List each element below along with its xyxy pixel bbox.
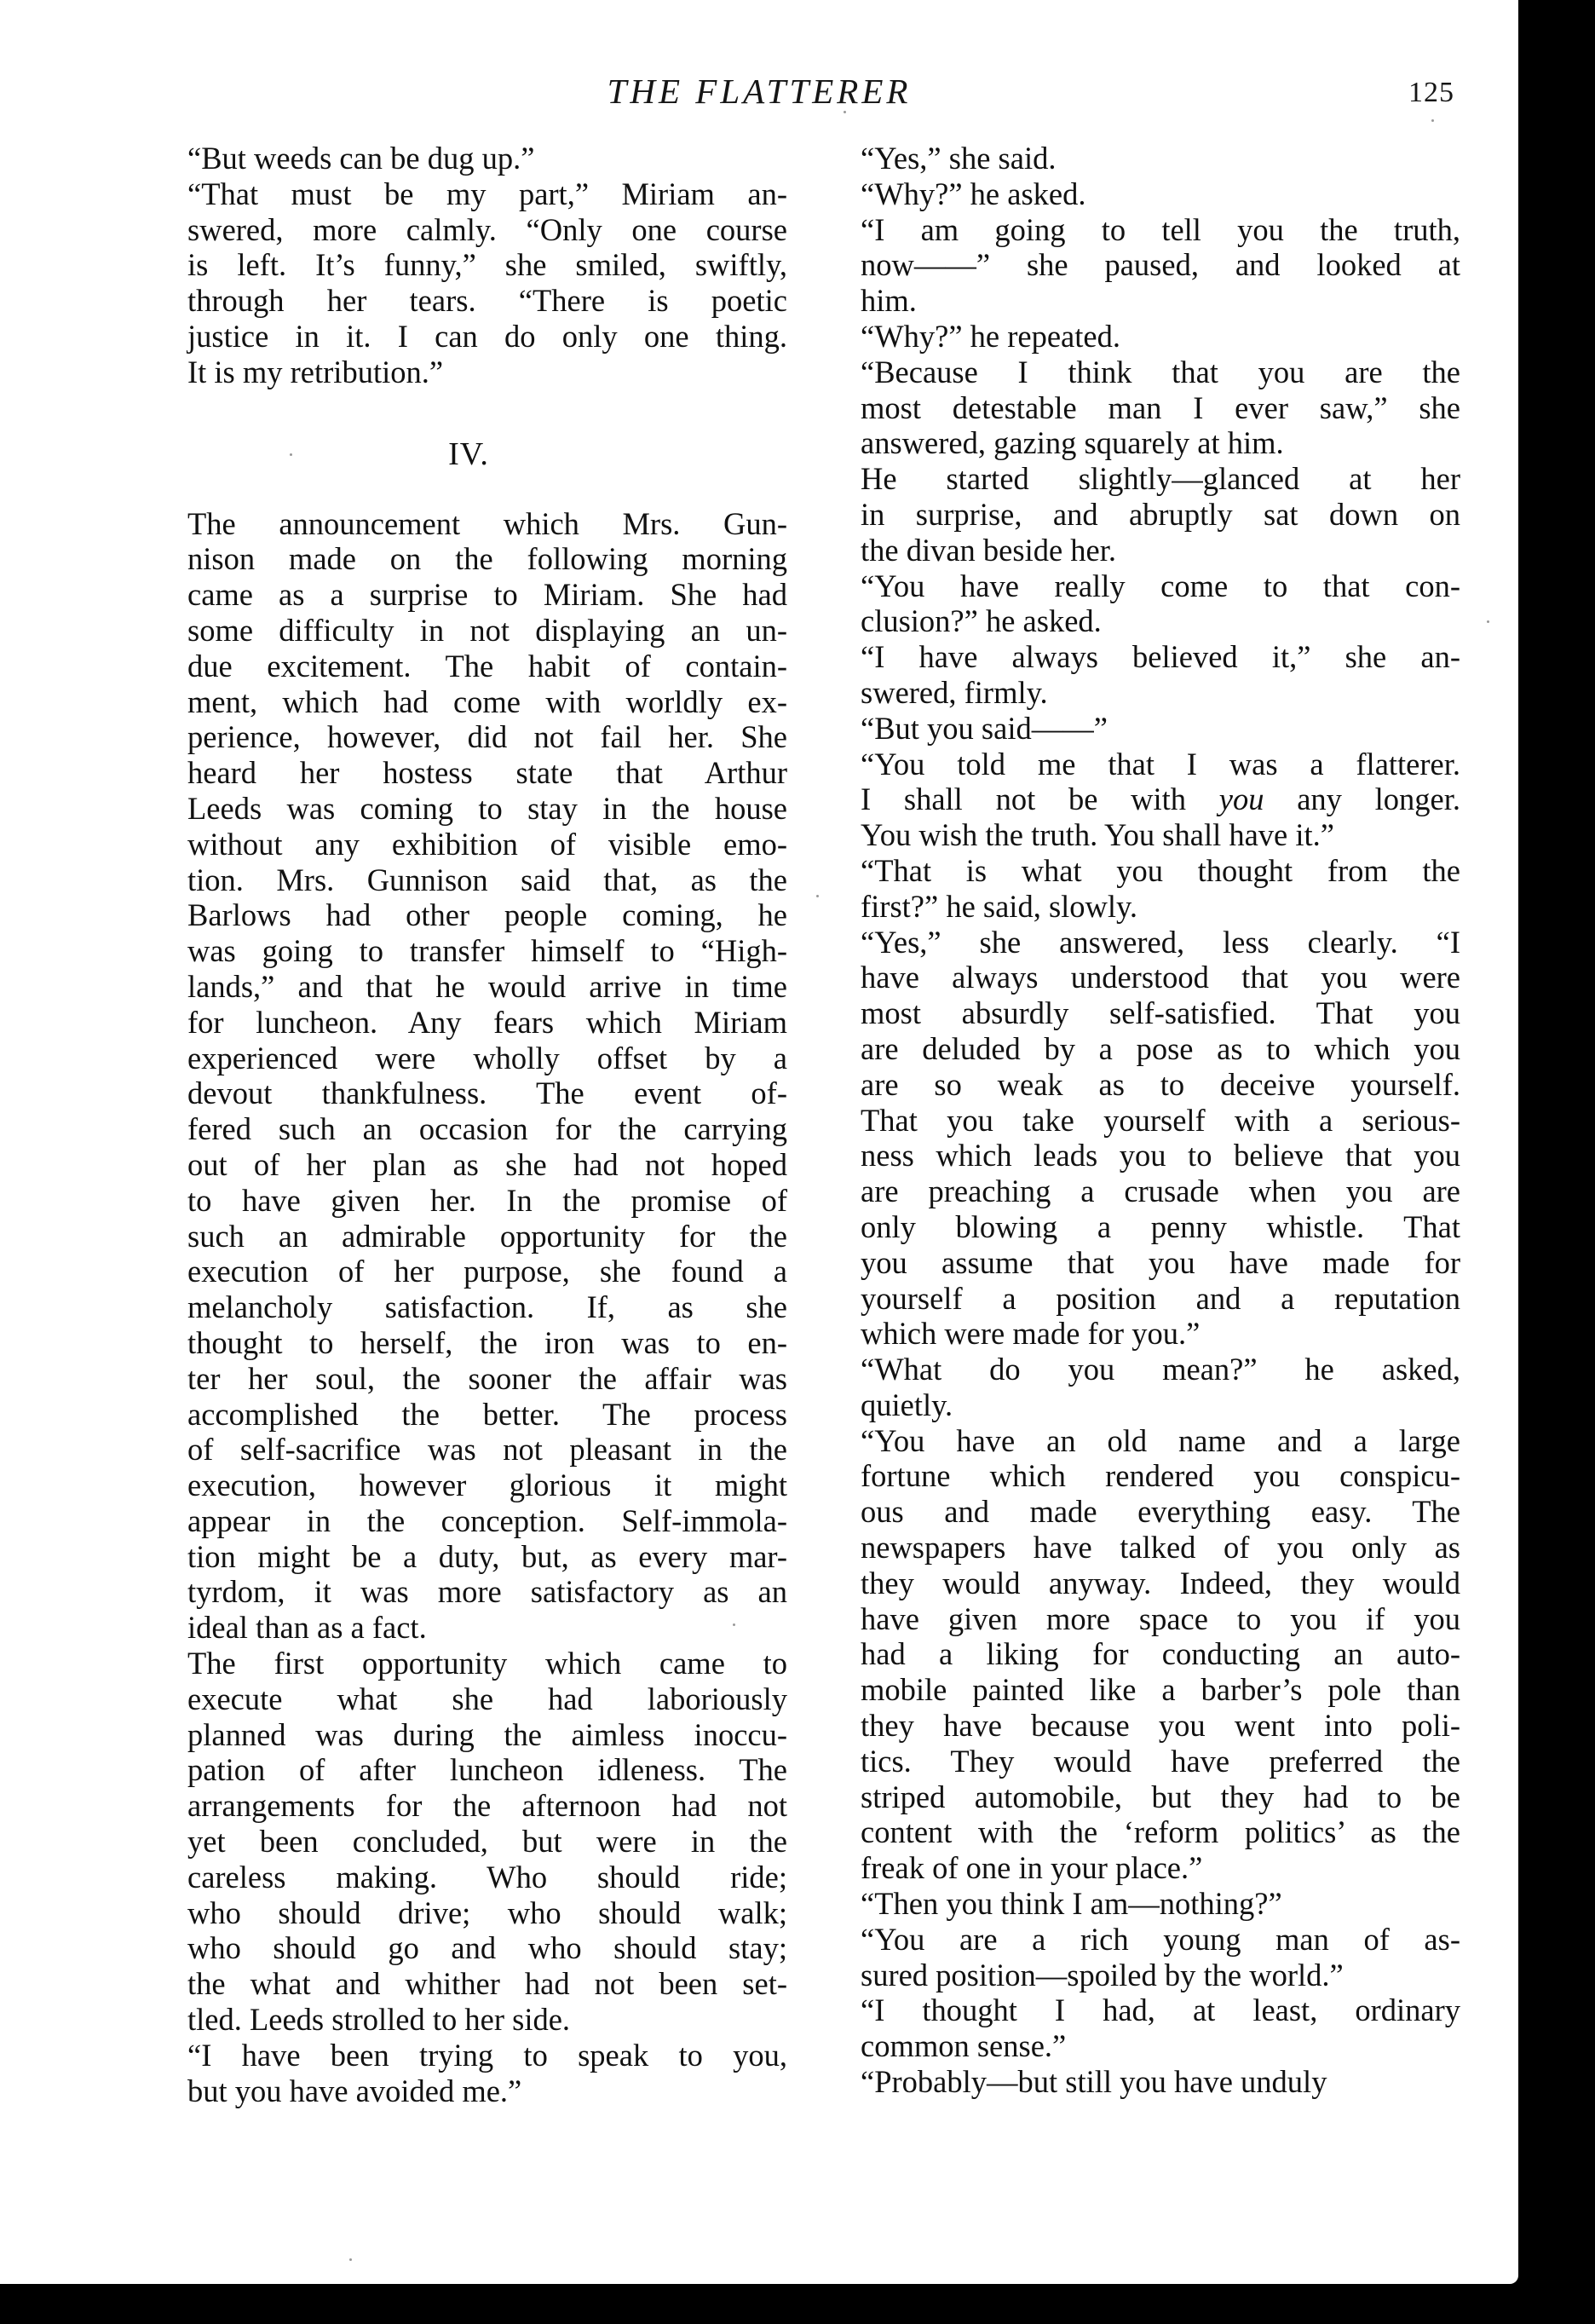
text-line: freak of one in your place.” bbox=[823, 1850, 1460, 1886]
text-line: answered, gazing squarely at him. bbox=[823, 425, 1460, 461]
text-line: was going to transfer himself to “High- bbox=[150, 933, 787, 969]
paragraph: “What do you mean?” he asked,quietly. bbox=[823, 1352, 1460, 1423]
text-line: swered, more calmly. “Only one course bbox=[150, 212, 787, 248]
scan-speck bbox=[1487, 620, 1489, 623]
text-line: most absurdly self-satisfied. That you bbox=[823, 995, 1460, 1031]
text-line: “Probably—but still you have unduly bbox=[823, 2064, 1460, 2100]
text-line: He started slightly—glanced at her bbox=[823, 461, 1460, 497]
text-line: ter her soul, the sooner the affair was bbox=[150, 1361, 787, 1397]
text-line: swered, firmly. bbox=[823, 675, 1460, 711]
text-line: ous and made everything easy. The bbox=[823, 1494, 1460, 1530]
paragraph: “Yes,” she answered, less clearly. “Ihav… bbox=[823, 925, 1460, 1352]
text-line: only blowing a penny whistle. That bbox=[823, 1209, 1460, 1245]
text-line: accomplished the better. The process bbox=[150, 1397, 787, 1433]
text-line: heard her hostess state that Arthur bbox=[150, 755, 787, 791]
text-line: are so weak as to deceive yourself. bbox=[823, 1067, 1460, 1103]
scan-speck bbox=[733, 1623, 735, 1626]
paragraph: “Yes,” she said. bbox=[823, 141, 1460, 176]
text-line: fered such an occasion for the carrying bbox=[150, 1111, 787, 1147]
text-line: “I thought I had, at least, ordinary bbox=[823, 1992, 1460, 2028]
text-line: have given more space to you if you bbox=[823, 1601, 1460, 1637]
section-heading: IV. bbox=[150, 436, 787, 472]
text-line: but you have avoided me.” bbox=[150, 2073, 787, 2109]
text-line: tyrdom, it was more satisfactory as an bbox=[150, 1574, 787, 1610]
text-line: “I have always believed it,” she an- bbox=[823, 639, 1460, 675]
text-line: tics. They would have preferred the bbox=[823, 1744, 1460, 1779]
text-line: It is my retribution.” bbox=[150, 355, 787, 390]
scan-speck bbox=[816, 895, 819, 897]
paragraph: The announcement which Mrs. Gun-nison ma… bbox=[150, 506, 787, 1646]
text-line: the divan beside her. bbox=[823, 533, 1460, 568]
text-line: of self-sacrifice was not pleasant in th… bbox=[150, 1432, 787, 1468]
text-line: “You have really come to that con- bbox=[823, 568, 1460, 604]
text-line: experienced were wholly offset by a bbox=[150, 1041, 787, 1076]
text-line: ness which leads you to believe that you bbox=[823, 1138, 1460, 1174]
text-line: tion might be a duty, but, as every mar- bbox=[150, 1539, 787, 1575]
text-line: content with the ‘reform politics’ as th… bbox=[823, 1814, 1460, 1850]
text-line: appear in the conception. Self-immola- bbox=[150, 1503, 787, 1539]
paragraph: The first opportunity which came toexecu… bbox=[150, 1646, 787, 2038]
text-line: execution, however glorious it might bbox=[150, 1468, 787, 1503]
text-line: most detestable man I ever saw,” she bbox=[823, 390, 1460, 426]
paragraph: “That must be my part,” Miriam an-swered… bbox=[150, 176, 787, 390]
paragraph: “You have really come to that con-clusio… bbox=[823, 568, 1460, 640]
text-line: execute what she had laboriously bbox=[150, 1681, 787, 1717]
emphasis: you bbox=[1219, 781, 1264, 816]
paragraph: “I have always believed it,” she an-swer… bbox=[823, 639, 1460, 711]
text-line: execution of her purpose, she found a bbox=[150, 1254, 787, 1289]
text-line: “You told me that I was a flatterer. bbox=[823, 747, 1460, 782]
paragraph: “I thought I had, at least, ordinarycomm… bbox=[823, 1992, 1460, 2064]
scan-speck bbox=[844, 111, 846, 113]
left-paragraphs-before-heading: “But weeds can be dug up.”“That must be … bbox=[150, 141, 787, 390]
text-line: “Because I think that you are the bbox=[823, 355, 1460, 390]
text-line: justice in it. I can do only one thing. bbox=[150, 319, 787, 355]
text-line: they have because you went into poli- bbox=[823, 1708, 1460, 1744]
paragraph: “But weeds can be dug up.” bbox=[150, 141, 787, 176]
paragraph: “But you said——” bbox=[823, 711, 1460, 747]
text-line: The announcement which Mrs. Gun- bbox=[150, 506, 787, 542]
text-line: Barlows had other people coming, he bbox=[150, 897, 787, 933]
text-line: mobile painted like a barber’s pole than bbox=[823, 1672, 1460, 1708]
text-line: to have given her. In the promise of bbox=[150, 1183, 787, 1219]
text-line: for luncheon. Any fears which Miriam bbox=[150, 1005, 787, 1041]
text-line: ment, which had come with worldly ex- bbox=[150, 684, 787, 720]
text-line: “I am going to tell you the truth, bbox=[823, 212, 1460, 248]
text-line: “Then you think I am—nothing?” bbox=[823, 1886, 1460, 1922]
running-head: THE FLATTERER 125 bbox=[0, 70, 1518, 121]
text-line: yet been concluded, but were in the bbox=[150, 1824, 787, 1860]
text-line: You wish the truth. You shall have it.” bbox=[823, 817, 1460, 853]
text-line: are deluded by a pose as to which you bbox=[823, 1031, 1460, 1067]
paragraph: “That is what you thought from thefirst?… bbox=[823, 853, 1460, 925]
text-line: you assume that you have made for bbox=[823, 1245, 1460, 1281]
text-line: quietly. bbox=[823, 1387, 1460, 1423]
right-column: “Yes,” she said.“Why?” he asked.“I am go… bbox=[823, 141, 1460, 2100]
text-line: who should drive; who should walk; bbox=[150, 1895, 787, 1931]
running-title: THE FLATTERER bbox=[0, 70, 1518, 112]
text-line: due excitement. The habit of contain- bbox=[150, 649, 787, 684]
text-line: have always understood that you were bbox=[823, 960, 1460, 995]
text-line: Leeds was coming to stay in the house bbox=[150, 791, 787, 827]
paragraph: “You told me that I was a flatterer.I sh… bbox=[823, 747, 1460, 853]
text-line: thought to herself, the iron was to en- bbox=[150, 1325, 787, 1361]
text-line: newspapers have talked of you only as bbox=[823, 1530, 1460, 1566]
text-line: “Yes,” she answered, less clearly. “I bbox=[823, 925, 1460, 960]
left-column: “But weeds can be dug up.”“That must be … bbox=[150, 141, 787, 2108]
left-paragraphs-after-heading: The announcement which Mrs. Gun-nison ma… bbox=[150, 506, 787, 2109]
paragraph: “You have an old name and a largefortune… bbox=[823, 1423, 1460, 1886]
text-line: careless making. Who should ride; bbox=[150, 1860, 787, 1895]
text-line: pation of after luncheon idleness. The bbox=[150, 1752, 787, 1788]
text-line: “Why?” he asked. bbox=[823, 176, 1460, 212]
text-line: without any exhibition of visible emo- bbox=[150, 827, 787, 862]
text-line: “Yes,” she said. bbox=[823, 141, 1460, 176]
right-paragraphs: “Yes,” she said.“Why?” he asked.“I am go… bbox=[823, 141, 1460, 2100]
text-line: came as a surprise to Miriam. She had bbox=[150, 577, 787, 613]
text-line: out of her plan as she had not hoped bbox=[150, 1147, 787, 1183]
text-line: “You are a rich young man of as- bbox=[823, 1922, 1460, 1958]
paragraph: “You are a rich young man of as-sured po… bbox=[823, 1922, 1460, 1993]
paragraph: “I am going to tell you the truth,now——”… bbox=[823, 212, 1460, 319]
text-line: they would anyway. Indeed, they would bbox=[823, 1566, 1460, 1601]
text-line: The first opportunity which came to bbox=[150, 1646, 787, 1681]
text-line: some difficulty in not displaying an un- bbox=[150, 613, 787, 649]
text-line: in surprise, and abruptly sat down on bbox=[823, 497, 1460, 533]
text-line: tled. Leeds strolled to her side. bbox=[150, 2002, 787, 2038]
text-line: “That is what you thought from the bbox=[823, 853, 1460, 889]
text-line: arrangements for the afternoon had not bbox=[150, 1788, 787, 1824]
text-line: the what and whither had not been set- bbox=[150, 1966, 787, 2002]
paragraph: “Then you think I am—nothing?” bbox=[823, 1886, 1460, 1922]
text-line: first?” he said, slowly. bbox=[823, 889, 1460, 925]
text-line: “I have been trying to speak to you, bbox=[150, 2038, 787, 2073]
text-line: “What do you mean?” he asked, bbox=[823, 1352, 1460, 1387]
text-line: yourself a position and a reputation bbox=[823, 1281, 1460, 1317]
book-page: THE FLATTERER 125 “But weeds can be dug … bbox=[0, 0, 1518, 2284]
text-line: “But weeds can be dug up.” bbox=[150, 141, 787, 176]
text-line: “But you said——” bbox=[823, 711, 1460, 747]
text-line: had a liking for conducting an auto- bbox=[823, 1636, 1460, 1672]
text-line: sured position—spoiled by the world.” bbox=[823, 1958, 1460, 1993]
paragraph: “I have been trying to speak to you,but … bbox=[150, 2038, 787, 2109]
paragraph: “Why?” he repeated. bbox=[823, 319, 1460, 355]
text-line: clusion?” he asked. bbox=[823, 603, 1460, 639]
text-line: him. bbox=[823, 283, 1460, 319]
text-line: are preaching a crusade when you are bbox=[823, 1174, 1460, 1209]
text-line: is left. It’s funny,” she smiled, swiftl… bbox=[150, 247, 787, 283]
text-line: planned was during the aimless inoccu- bbox=[150, 1717, 787, 1753]
text-line: which were made for you.” bbox=[823, 1316, 1460, 1352]
text-line: tion. Mrs. Gunnison said that, as the bbox=[150, 862, 787, 898]
text-line: lands,” and that he would arrive in time bbox=[150, 969, 787, 1005]
text-line: ideal than as a fact. bbox=[150, 1610, 787, 1646]
scan-speck bbox=[1431, 119, 1434, 122]
text-line: “Why?” he repeated. bbox=[823, 319, 1460, 355]
text-line: I shall not be with you any longer. bbox=[823, 781, 1460, 817]
text-line: common sense.” bbox=[823, 2028, 1460, 2064]
text-line: through her tears. “There is poetic bbox=[150, 283, 787, 319]
text-line: now——” she paused, and looked at bbox=[823, 247, 1460, 283]
text-line: devout thankfulness. The event of- bbox=[150, 1075, 787, 1111]
text-line: That you take yourself with a serious- bbox=[823, 1103, 1460, 1139]
paragraph: “Probably—but still you have unduly bbox=[823, 2064, 1460, 2100]
paragraph: He started slightly—glanced at herin sur… bbox=[823, 461, 1460, 568]
text-line: fortune which rendered you conspicu- bbox=[823, 1458, 1460, 1494]
text-line: “You have an old name and a large bbox=[823, 1423, 1460, 1459]
text-line: perience, however, did not fail her. She bbox=[150, 719, 787, 755]
paragraph: “Why?” he asked. bbox=[823, 176, 1460, 212]
scan-speck bbox=[349, 2258, 352, 2261]
text-line: striped automobile, but they had to be bbox=[823, 1779, 1460, 1815]
text-line: melancholy satisfaction. If, as she bbox=[150, 1289, 787, 1325]
text-line: “That must be my part,” Miriam an- bbox=[150, 176, 787, 212]
text-line: such an admirable opportunity for the bbox=[150, 1219, 787, 1254]
scan-speck bbox=[290, 453, 292, 456]
page-number: 125 bbox=[1408, 72, 1454, 114]
text-line: who should go and who should stay; bbox=[150, 1930, 787, 1966]
text-line: nison made on the following morning bbox=[150, 541, 787, 577]
paragraph: “Because I think that you are themost de… bbox=[823, 355, 1460, 461]
